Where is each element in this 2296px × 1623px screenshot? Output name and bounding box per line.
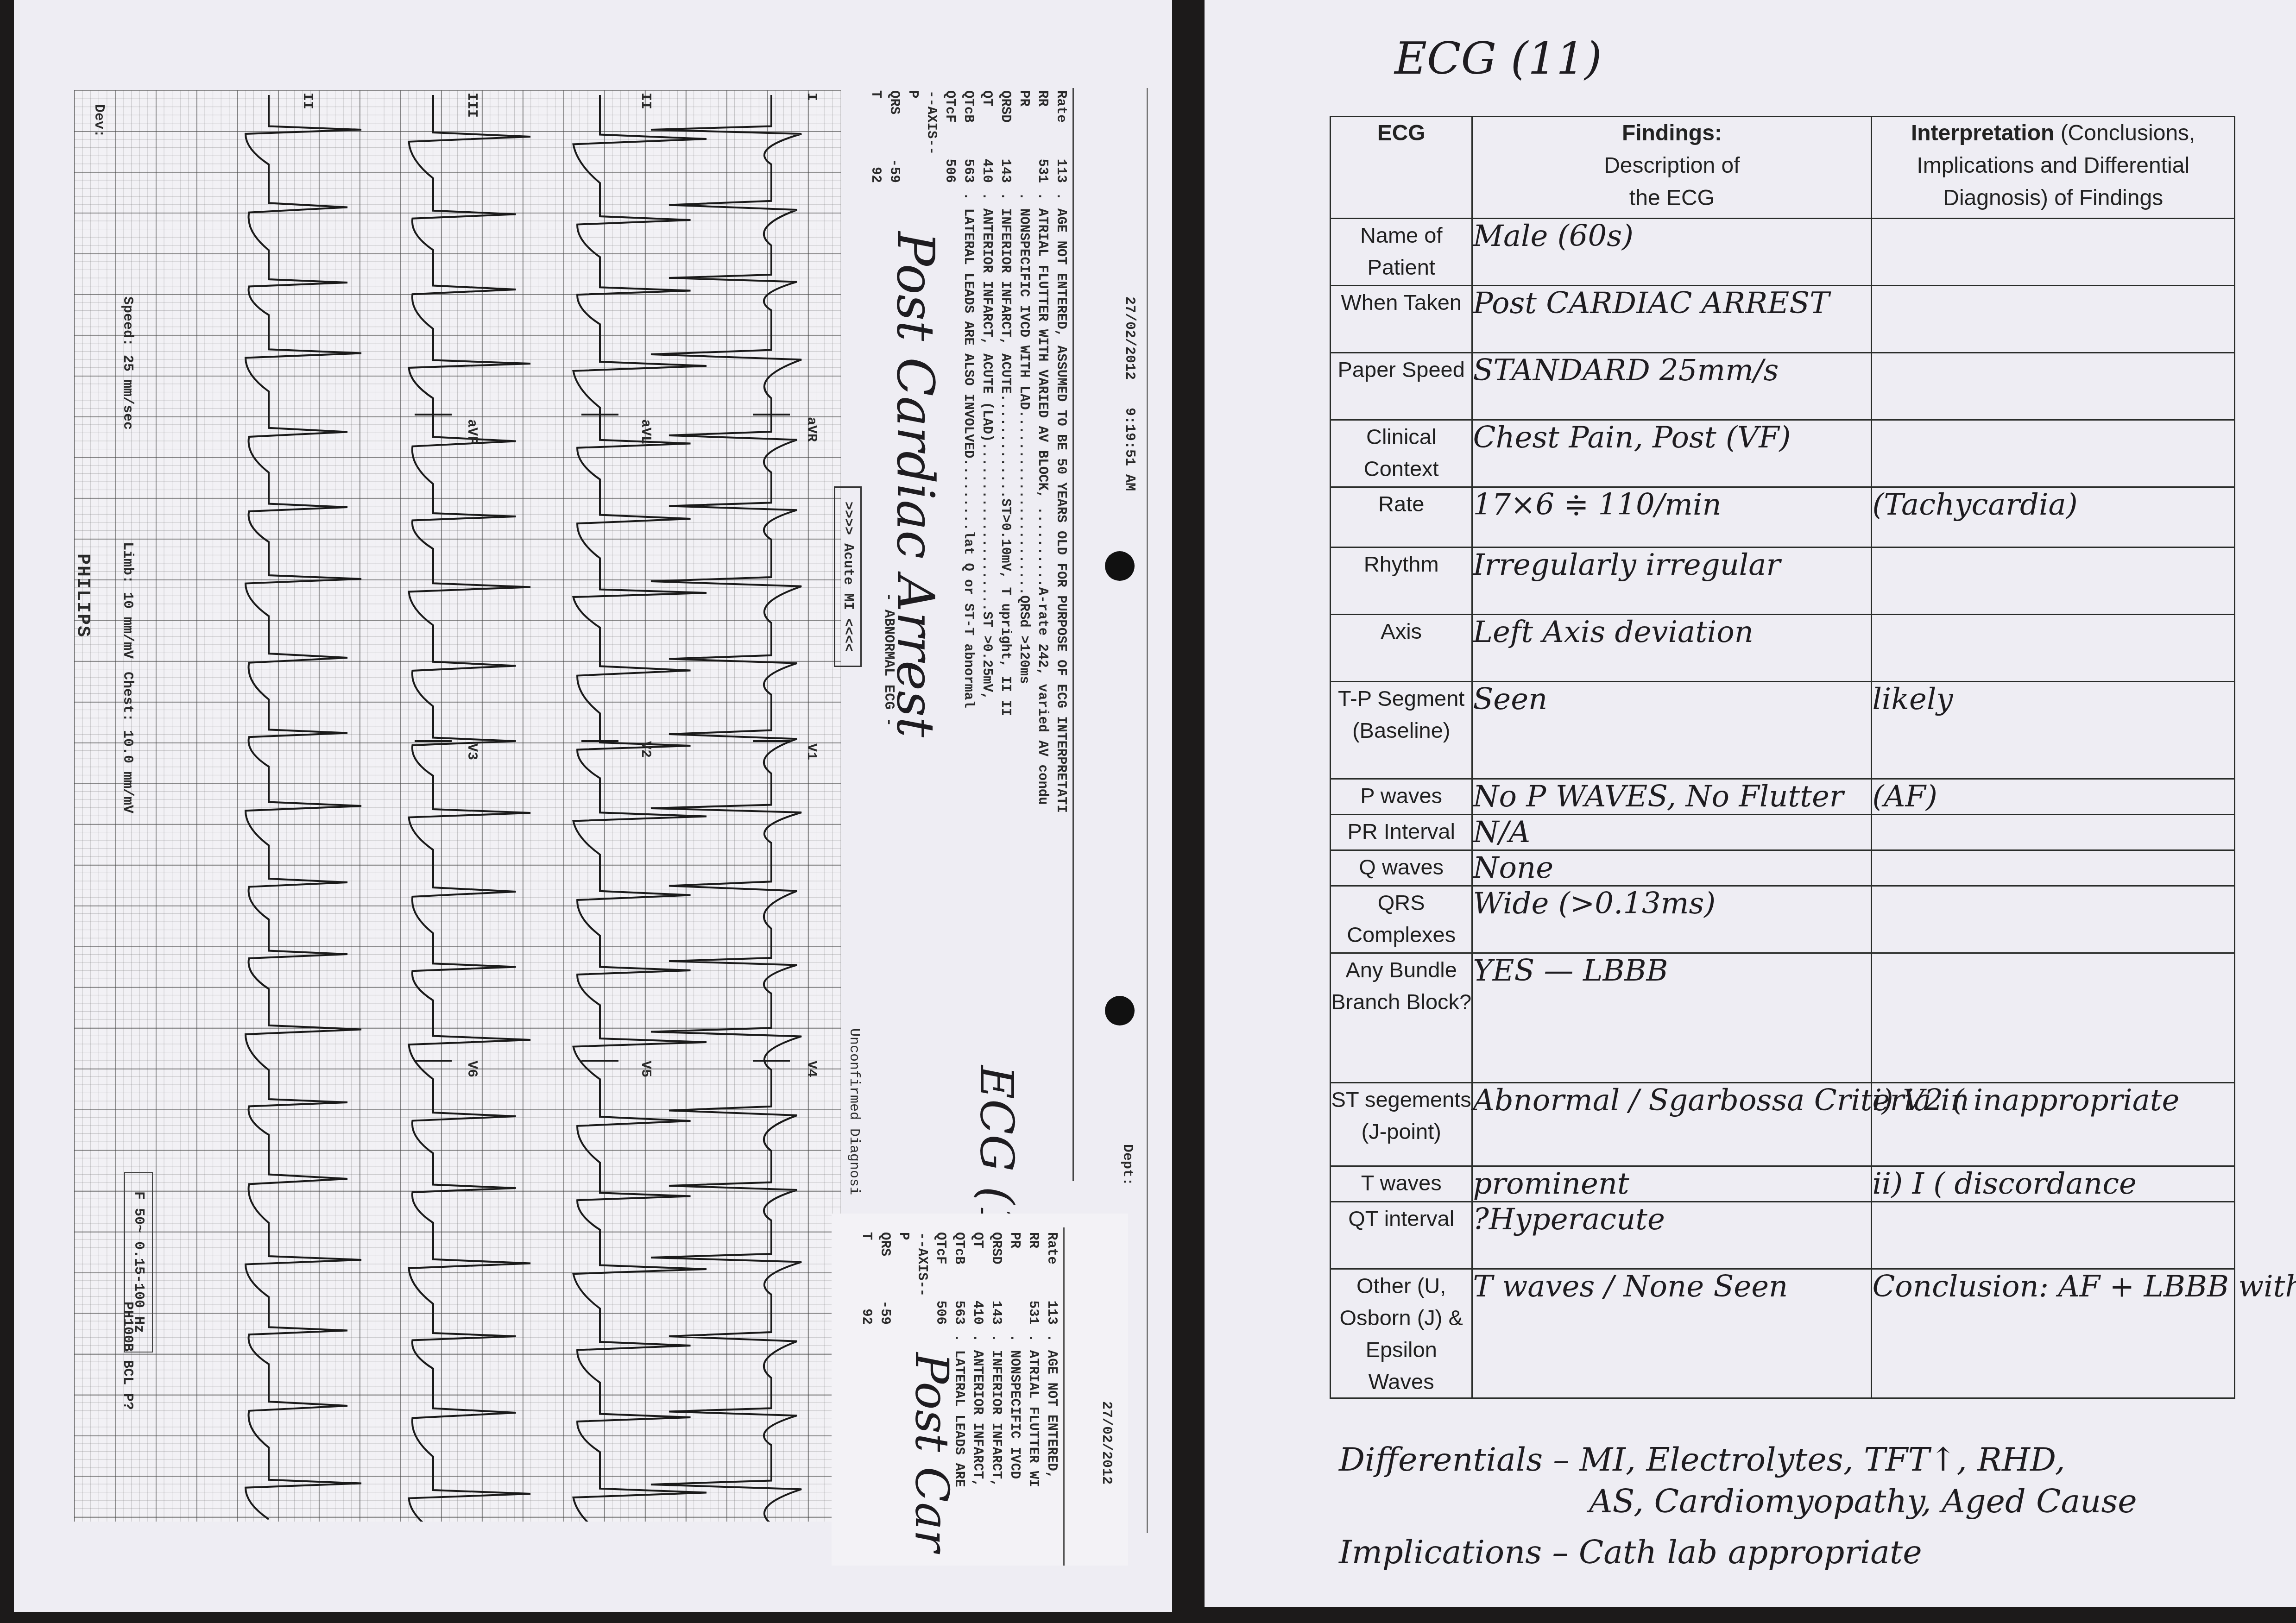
punch-hole xyxy=(1105,996,1135,1025)
interpretation-statement: . LATERAL LEADS ARE ALSO INVOLVED.......… xyxy=(959,192,978,708)
measurement-key: Rate xyxy=(1042,1232,1061,1283)
report-row: PR. NONSPECIFIC IVCD WITH LAD...........… xyxy=(1015,90,1033,813)
interpretation-statement: . INFERIOR INFARCT, xyxy=(987,1334,1005,1487)
interpretation-cell[interactable]: ii) I ( discordance xyxy=(1872,1166,2235,1202)
interpretation-cell[interactable] xyxy=(1872,953,2235,1083)
row-label: Q waves xyxy=(1331,850,1472,886)
measurement-value xyxy=(1015,141,1033,183)
measurement-key: Rate xyxy=(1052,90,1070,141)
report-row: QRSD143. INFERIOR INFARCT, ACUTE........… xyxy=(996,90,1015,813)
finding-cell[interactable]: T waves / None Seen xyxy=(1472,1269,1872,1398)
table-row: When TakenPost CARDIAC ARREST xyxy=(1331,286,2235,353)
measurement-value: 563 xyxy=(959,141,978,183)
report-rule xyxy=(1072,88,1074,1181)
report-row: QTcB563. LATERAL LEADS ARE ALSO INVOLVED… xyxy=(959,90,978,813)
measurement-value: 506 xyxy=(940,141,959,183)
row-label: ST segements (J-point) xyxy=(1331,1083,1472,1166)
measurement-value: 92 xyxy=(857,1283,876,1325)
chest-gain-text: Chest: 10.0 mm/mV xyxy=(120,672,135,813)
measurement-value: 410 xyxy=(968,1283,987,1325)
interpretation-cell[interactable] xyxy=(1872,420,2235,487)
interpretation-cell[interactable] xyxy=(1872,286,2235,353)
report-row: T92 xyxy=(857,1232,876,1487)
measurement-key: P xyxy=(903,90,922,141)
lead-label-V4: V4 xyxy=(803,1061,819,1077)
table-row: Other (U, Osborn (J) & Epsilon WavesT wa… xyxy=(1331,1269,2235,1398)
pasted-handwritten-note: Post Car xyxy=(905,1352,959,1552)
table-row: Q wavesNone xyxy=(1331,850,2235,886)
measurement-value xyxy=(894,1283,913,1325)
row-label: T waves xyxy=(1331,1166,1472,1202)
row-label: Rate xyxy=(1331,487,1472,547)
pasted-report: Rate113. AGE NOT ENTERED,RR531. ATRIAL F… xyxy=(857,1232,1061,1487)
report-row: QRSD143. INFERIOR INFARCT, xyxy=(987,1232,1005,1487)
interpretation-cell[interactable]: likely xyxy=(1872,682,2235,779)
interpretation-cell[interactable] xyxy=(1872,547,2235,615)
measurement-key: QT xyxy=(978,90,996,141)
interpretation-cell[interactable]: Conclusion: AF + LBBB with ST↑ xyxy=(1872,1269,2235,1398)
table-row: Clinical ContextChest Pain, Post (VF) xyxy=(1331,420,2235,487)
finding-cell[interactable]: No P WAVES, No Flutter xyxy=(1472,779,1872,815)
pasted-date: 27/02/2012 xyxy=(1098,1401,1114,1485)
interpretation-cell[interactable] xyxy=(1872,353,2235,420)
finding-cell[interactable]: Irregularly irregular xyxy=(1472,547,1872,615)
finding-cell[interactable]: None xyxy=(1472,850,1872,886)
finding-cell[interactable]: Left Axis deviation xyxy=(1472,615,1872,682)
implications-note: Implications – Cath lab appropriate xyxy=(1339,1533,1922,1571)
measurement-value: 113 xyxy=(1052,141,1070,183)
row-label: Rhythm xyxy=(1331,547,1472,615)
interpretation-statement: . ATRIAL FLUTTER WITH VARIED AV BLOCK, .… xyxy=(1033,192,1052,805)
device-text: PH100B BCL P? xyxy=(120,1302,135,1410)
measurement-key: QRSD xyxy=(996,90,1015,141)
measurement-key: T xyxy=(866,90,885,141)
finding-cell[interactable]: YES — LBBB xyxy=(1472,953,1872,1083)
interpretation-statement: . ANTERIOR INFARCT, xyxy=(968,1334,987,1487)
finding-cell[interactable]: STANDARD 25mm/s xyxy=(1472,353,1872,420)
measurement-key: RR xyxy=(1024,1232,1042,1283)
table-row: Paper SpeedSTANDARD 25mm/s xyxy=(1331,353,2235,420)
row-label: QT interval xyxy=(1331,1202,1472,1269)
table-row: PR IntervalN/A xyxy=(1331,815,2235,850)
measurement-value: 113 xyxy=(1042,1283,1061,1325)
interpretation-cell[interactable] xyxy=(1872,886,2235,953)
speed-text: Speed: 25 mm/sec xyxy=(120,296,135,430)
measurement-key: QTcB xyxy=(950,1232,968,1283)
ecg-grid xyxy=(74,90,841,1522)
divider-line xyxy=(1147,88,1148,1533)
measurement-key: QRS xyxy=(876,1232,894,1283)
measurement-value: -59 xyxy=(876,1283,894,1325)
lead-label-V3: V3 xyxy=(464,743,479,760)
interpretation-cell[interactable] xyxy=(1872,1202,2235,1269)
finding-cell[interactable]: prominent xyxy=(1472,1166,1872,1202)
report-row: Rate113. AGE NOT ENTERED, ASSUMED TO BE … xyxy=(1052,90,1070,813)
lead-label-V2: V2 xyxy=(637,741,653,758)
header-interpretation: Interpretation (Conclusions, Implication… xyxy=(1872,117,2235,219)
measurement-value: -59 xyxy=(885,141,903,183)
ecg-traces xyxy=(74,90,841,1522)
handwritten-post-cardiac-arrest: Post Cardiac Arrest xyxy=(886,232,945,737)
report-row: QRS-59 xyxy=(876,1232,894,1487)
measurement-value xyxy=(922,141,940,183)
table-row: Any Bundle Branch Block?YES — LBBB xyxy=(1331,953,2235,1083)
measurement-value xyxy=(913,1283,931,1325)
finding-cell[interactable]: Seen xyxy=(1472,682,1872,779)
table-row: RhythmIrregularly irregular xyxy=(1331,547,2235,615)
punch-hole xyxy=(1105,551,1135,581)
row-label: When Taken xyxy=(1331,286,1472,353)
interpretation-cell[interactable] xyxy=(1872,615,2235,682)
measurement-value: 92 xyxy=(866,141,885,183)
measurement-key: QT xyxy=(968,1232,987,1283)
row-label: QRS Complexes xyxy=(1331,886,1472,953)
measurement-key: --AXIS-- xyxy=(922,90,940,141)
measurement-value xyxy=(903,141,922,183)
measurement-key: QTcF xyxy=(940,90,959,141)
interpretation-cell[interactable] xyxy=(1872,850,2235,886)
report-row: RR531. ATRIAL FLUTTER WI xyxy=(1024,1232,1042,1487)
measurement-key: QRSD xyxy=(987,1232,1005,1283)
lead-label-aVL: aVL xyxy=(637,419,653,444)
differentials-note: Differentials – MI, Electrolytes, TFT↑, … xyxy=(1339,1441,2065,1478)
interpretation-statement: . ATRIAL FLUTTER WI xyxy=(1024,1334,1042,1487)
ecg-printout-page: I aVR V1 V4 II aVL V2 V5 III aVF V3 V6 I… xyxy=(14,0,1172,1612)
table-row: Name of PatientMale (60s) xyxy=(1331,219,2235,286)
lead-label-V5: V5 xyxy=(637,1061,653,1077)
table-row: QRS ComplexesWide (>0.13ms) xyxy=(1331,886,2235,953)
report-row: QT410. ANTERIOR INFARCT, xyxy=(968,1232,987,1487)
row-label: Name of Patient xyxy=(1331,219,1472,286)
finding-cell[interactable]: ?Hyperacute xyxy=(1472,1202,1872,1269)
table-row: Rate17×6 ≑ 110/min(Tachycardia) xyxy=(1331,487,2235,547)
measurement-key: QTcF xyxy=(931,1232,950,1283)
interpretation-cell[interactable]: (AF) xyxy=(1872,779,2235,815)
measurement-key: T xyxy=(857,1232,876,1283)
finding-cell[interactable]: Wide (>0.13ms) xyxy=(1472,886,1872,953)
report-row: RR531. ATRIAL FLUTTER WITH VARIED AV BLO… xyxy=(1033,90,1052,813)
limb-gain-text: Limb: 10 mm/mV xyxy=(120,542,135,659)
interpretation-cell[interactable]: i) V2 ( inappropriate xyxy=(1872,1083,2235,1166)
report-row: PR. NONSPECIFIC IVCD xyxy=(1005,1232,1024,1487)
dev-label: Dev: xyxy=(91,104,107,138)
header-ecg: ECG xyxy=(1331,117,1472,219)
interpretation-cell[interactable] xyxy=(1872,219,2235,286)
lead-label-III: III xyxy=(464,93,479,118)
interpretation-cell[interactable]: (Tachycardia) xyxy=(1872,487,2235,547)
measurement-key: P xyxy=(894,1232,913,1283)
report-row: Rate113. AGE NOT ENTERED, xyxy=(1042,1232,1061,1487)
row-label: Other (U, Osborn (J) & Epsilon Waves xyxy=(1331,1269,1472,1398)
table-row: T-P Segment (Baseline)Seenlikely xyxy=(1331,682,2235,779)
table-row: ST segements (J-point)Abnormal / Sgarbos… xyxy=(1331,1083,2235,1166)
interpretation-statement: . ANTERIOR INFARCT, ACUTE (LAD).........… xyxy=(978,192,996,700)
dept-label: Dept: xyxy=(1119,1144,1135,1186)
measurement-key: PR xyxy=(1005,1232,1024,1283)
philips-logo: PHILIPS xyxy=(72,554,93,638)
row-label: T-P Segment (Baseline) xyxy=(1331,682,1472,779)
interpretation-statement: . AGE NOT ENTERED, ASSUMED TO BE 50 YEAR… xyxy=(1052,192,1070,813)
interpretation-cell[interactable] xyxy=(1872,815,2235,850)
measurement-key: RR xyxy=(1033,90,1052,141)
interpretation-statement: . AGE NOT ENTERED, xyxy=(1042,1334,1061,1479)
measurement-key: QTcB xyxy=(959,90,978,141)
table-row: T wavesprominentii) I ( discordance xyxy=(1331,1166,2235,1202)
print-time: 9:19:51 AM xyxy=(1122,408,1137,491)
row-label: Any Bundle Branch Block? xyxy=(1331,953,1472,1083)
lead-label-aVR: aVR xyxy=(803,417,819,442)
measurement-value: 506 xyxy=(931,1283,950,1325)
row-label: P waves xyxy=(1331,779,1472,815)
measurement-value: 143 xyxy=(987,1283,1005,1325)
measurement-value: 531 xyxy=(1033,141,1052,183)
pasted-rule xyxy=(1063,1227,1065,1566)
acute-mi-alert: >>>> Acute MI <<<< xyxy=(834,486,862,667)
measurement-value: 531 xyxy=(1024,1283,1042,1325)
lead-label-aVF: aVF xyxy=(464,419,479,444)
lead-label-rhythm-II: II xyxy=(299,93,315,109)
interpretation-statement: . NONSPECIFIC IVCD xyxy=(1005,1334,1024,1479)
row-label: PR Interval xyxy=(1331,815,1472,850)
measurement-value: 143 xyxy=(996,141,1015,183)
lead-label-V1: V1 xyxy=(803,743,819,760)
lead-label-II: II xyxy=(637,93,653,109)
table-row: P wavesNo P WAVES, No Flutter(AF) xyxy=(1331,779,2235,815)
finding-cell[interactable]: Abnormal / Sgarbossa Criteria in xyxy=(1472,1083,1872,1166)
measurement-key: --AXIS-- xyxy=(913,1232,931,1283)
lead-label-V6: V6 xyxy=(464,1061,479,1077)
measurement-value: 563 xyxy=(950,1283,968,1325)
report-row: QT410. ANTERIOR INFARCT, ACUTE (LAD)....… xyxy=(978,90,996,813)
finding-cell[interactable]: Chest Pain, Post (VF) xyxy=(1472,420,1872,487)
print-date: 27/02/2012 xyxy=(1122,296,1137,380)
interpretation-statement: . NONSPECIFIC IVCD WITH LAD.............… xyxy=(1015,192,1033,684)
worksheet-title: ECG (11) xyxy=(1394,32,1602,84)
row-label: Axis xyxy=(1331,615,1472,682)
row-label: Clinical Context xyxy=(1331,420,1472,487)
finding-cell[interactable]: Male (60s) xyxy=(1472,219,1872,286)
pasted-report-copy: 27/02/2012 Rate113. AGE NOT ENTERED,RR53… xyxy=(832,1214,1128,1566)
measurement-key: PR xyxy=(1015,90,1033,141)
finding-cell[interactable]: N/A xyxy=(1472,815,1872,850)
interpretation-statement: . INFERIOR INFARCT, ACUTE.............ST… xyxy=(996,192,1015,716)
measurement-key: QRS xyxy=(885,90,903,141)
finding-cell[interactable]: Post CARDIAC ARREST xyxy=(1472,286,1872,353)
table-row: QT interval?Hyperacute xyxy=(1331,1202,2235,1269)
differentials-note-continued: AS, Cardiomyopathy, Aged Cause xyxy=(1589,1482,2137,1520)
unconfirmed-diagnosis: Unconfirmed Diagnosi xyxy=(846,1028,862,1195)
lead-label-I: I xyxy=(803,93,819,101)
finding-cell[interactable]: 17×6 ≑ 110/min xyxy=(1472,487,1872,547)
row-label: Paper Speed xyxy=(1331,353,1472,420)
header-findings: Findings:Description of the ECG xyxy=(1472,117,1872,219)
table-row: AxisLeft Axis deviation xyxy=(1331,615,2235,682)
findings-table: ECG Findings:Description of the ECG Inte… xyxy=(1330,116,2235,1399)
measurement-value: 410 xyxy=(978,141,996,183)
measurement-value xyxy=(1005,1283,1024,1325)
